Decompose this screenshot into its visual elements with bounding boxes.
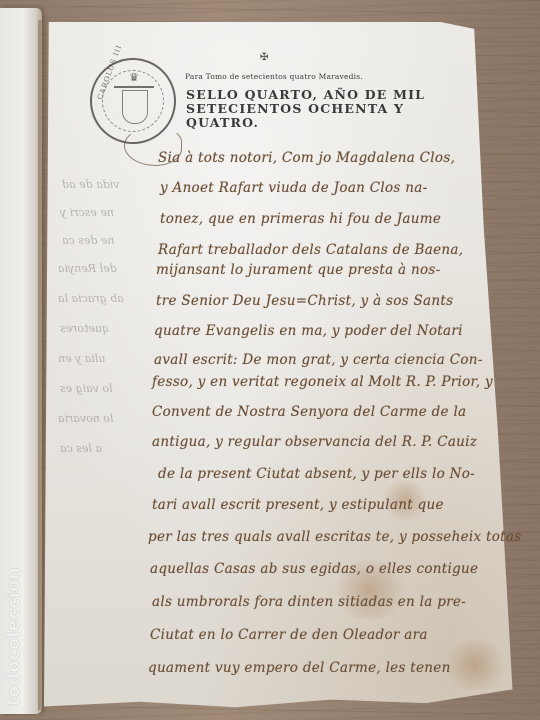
handwritten-line: Convent de Nostra Senyora del Carme de l…	[0, 404, 540, 420]
printed-stamp-title: Sello quarto, año de mil setecientos och…	[186, 88, 426, 130]
crown-icon: ♛	[114, 72, 154, 88]
handwritten-line: antigua, y regular observancia del R. P.…	[0, 434, 540, 450]
handwritten-line: quament vuy empero del Carme, les tenen	[0, 660, 540, 676]
handwritten-line: Ciutat en lo Carrer de den Oleador ara	[0, 627, 540, 643]
handwritten-line: mijansant lo jurament que presta à nos-	[0, 262, 540, 278]
printed-header-small: Para Tomo de setecientos quatro Maravedi…	[185, 72, 363, 81]
handwritten-line: avall escrit: De mon grat, y certa cienc…	[0, 352, 540, 368]
handwritten-line: de la present Ciutat absent, y per ells …	[0, 466, 540, 482]
handwritten-line: aquellas Casas ab sus egidas, o elles co…	[0, 561, 540, 577]
handwritten-line: tari avall escrit present, y estipulant …	[0, 497, 540, 513]
handwritten-line: y Anoet Rafart viuda de Joan Clos na-	[0, 180, 540, 196]
handwritten-line: quatre Evangelis en ma, y poder del Nota…	[0, 323, 540, 339]
handwritten-line: Sia à tots notori, Com jo Magdalena Clos…	[0, 150, 540, 166]
handwritten-line: Rafart treballador dels Catalans de Baen…	[0, 242, 540, 258]
watermark-todocoleccion: todocoleccion	[4, 546, 28, 706]
cross-icon: ✠	[260, 52, 268, 63]
handwritten-line: tonez, que en primeras hi fou de Jaume	[0, 211, 540, 227]
handwritten-line: per las tres quals avall escritas te, y …	[0, 529, 540, 545]
handwritten-line: tre Senior Deu Jesu=Christ, y à sos Sant…	[0, 293, 540, 309]
handwritten-line: fesso, y en veritat regoneix al Molt R. …	[0, 374, 540, 390]
shield-icon	[122, 90, 148, 124]
handwritten-line: als umbrorals fora dinten sitiadas en la…	[0, 594, 540, 610]
